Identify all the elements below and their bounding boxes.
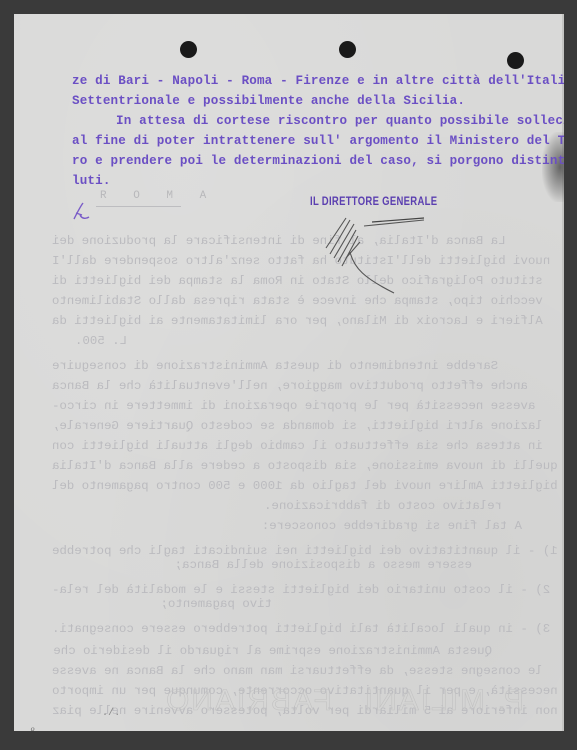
bleed-line: vecchio tipo, stampa che invece è stata …: [52, 294, 543, 308]
bleed-line: stituto Poligrafico dello Stato in Roma …: [52, 274, 543, 288]
handwritten-initial-icon: [70, 201, 92, 223]
punch-hole-left: [180, 41, 197, 58]
director-general-stamp: IL DIRETTORE GENERALE: [310, 195, 437, 209]
letter-line: al fine di poter intrattenere sull' argo…: [72, 134, 564, 148]
place-ghost-text: R O M A: [100, 190, 216, 202]
bleed-line: Questa Amministrazione esprime al riguar…: [53, 644, 492, 658]
punch-hole-center: [339, 41, 356, 58]
bleed-line: avesse necessità per le proprie operazio…: [52, 399, 535, 413]
paper-watermark: P. MILIANI FABRIANO: [164, 684, 524, 718]
bleed-line: quelli di nuova emissione, sia disposto …: [52, 459, 558, 473]
letter-line: luti.: [72, 174, 111, 188]
bleed-line: biglietti Amlire nuovi del taglio da 100…: [52, 479, 558, 493]
bleed-line: relativo costo di fabbricazione.: [264, 499, 502, 513]
bleed-line: tivo pagamento;: [160, 597, 272, 611]
bleed-line: nuovi biglietti dell'Istituto ha fatto s…: [52, 254, 550, 268]
bleed-line: anche effetto produttivo maggiore, nell'…: [52, 379, 528, 393]
bleed-line: 2) - il costo unitario dei biglietti ste…: [52, 583, 550, 597]
punch-hole-right: [507, 52, 524, 69]
bleed-line: Sarebbe intendimento di questa Amministr…: [52, 359, 498, 373]
bleed-line: La Banca d'Italia, al fine di intensific…: [52, 234, 506, 248]
bleed-line: 3) - in quali località tali biglietti po…: [52, 622, 550, 636]
letter-line: ze di Bari - Napoli - Roma - Firenze e i…: [72, 74, 564, 88]
page-number: 8: [30, 726, 35, 731]
underline-rule: [96, 206, 181, 207]
bleed-line: in attesa che sia effettuato il cambio d…: [52, 439, 543, 453]
bleed-line: A tal fine si gradirebbe conoscere:: [262, 519, 522, 533]
bleed-line: le consegne stesse, da effettuarsi man m…: [52, 664, 543, 678]
document-page: La Banca d'Italia, al fine di intensific…: [14, 14, 564, 731]
end-mark: ./.: [102, 708, 120, 719]
bleed-line: lazione altri biglietti, si domanda se c…: [52, 419, 543, 433]
letter-line: ro e prendere poi le determinazioni del …: [72, 154, 564, 168]
letter-line: Settentrionale e possibilmente anche del…: [72, 94, 465, 108]
bleed-line: essere messo a disposizione della Banca;: [175, 558, 472, 572]
bleed-line: 1) - il quantitativo dei biglietti nei s…: [52, 544, 558, 558]
bleed-line: Alfieri e Lacroix di Milano, per ora lim…: [52, 314, 543, 328]
signature-icon: [324, 208, 434, 298]
letter-line: In attesa di cortese riscontro per quant…: [116, 114, 564, 128]
bleed-line: L. 500.: [75, 334, 127, 348]
